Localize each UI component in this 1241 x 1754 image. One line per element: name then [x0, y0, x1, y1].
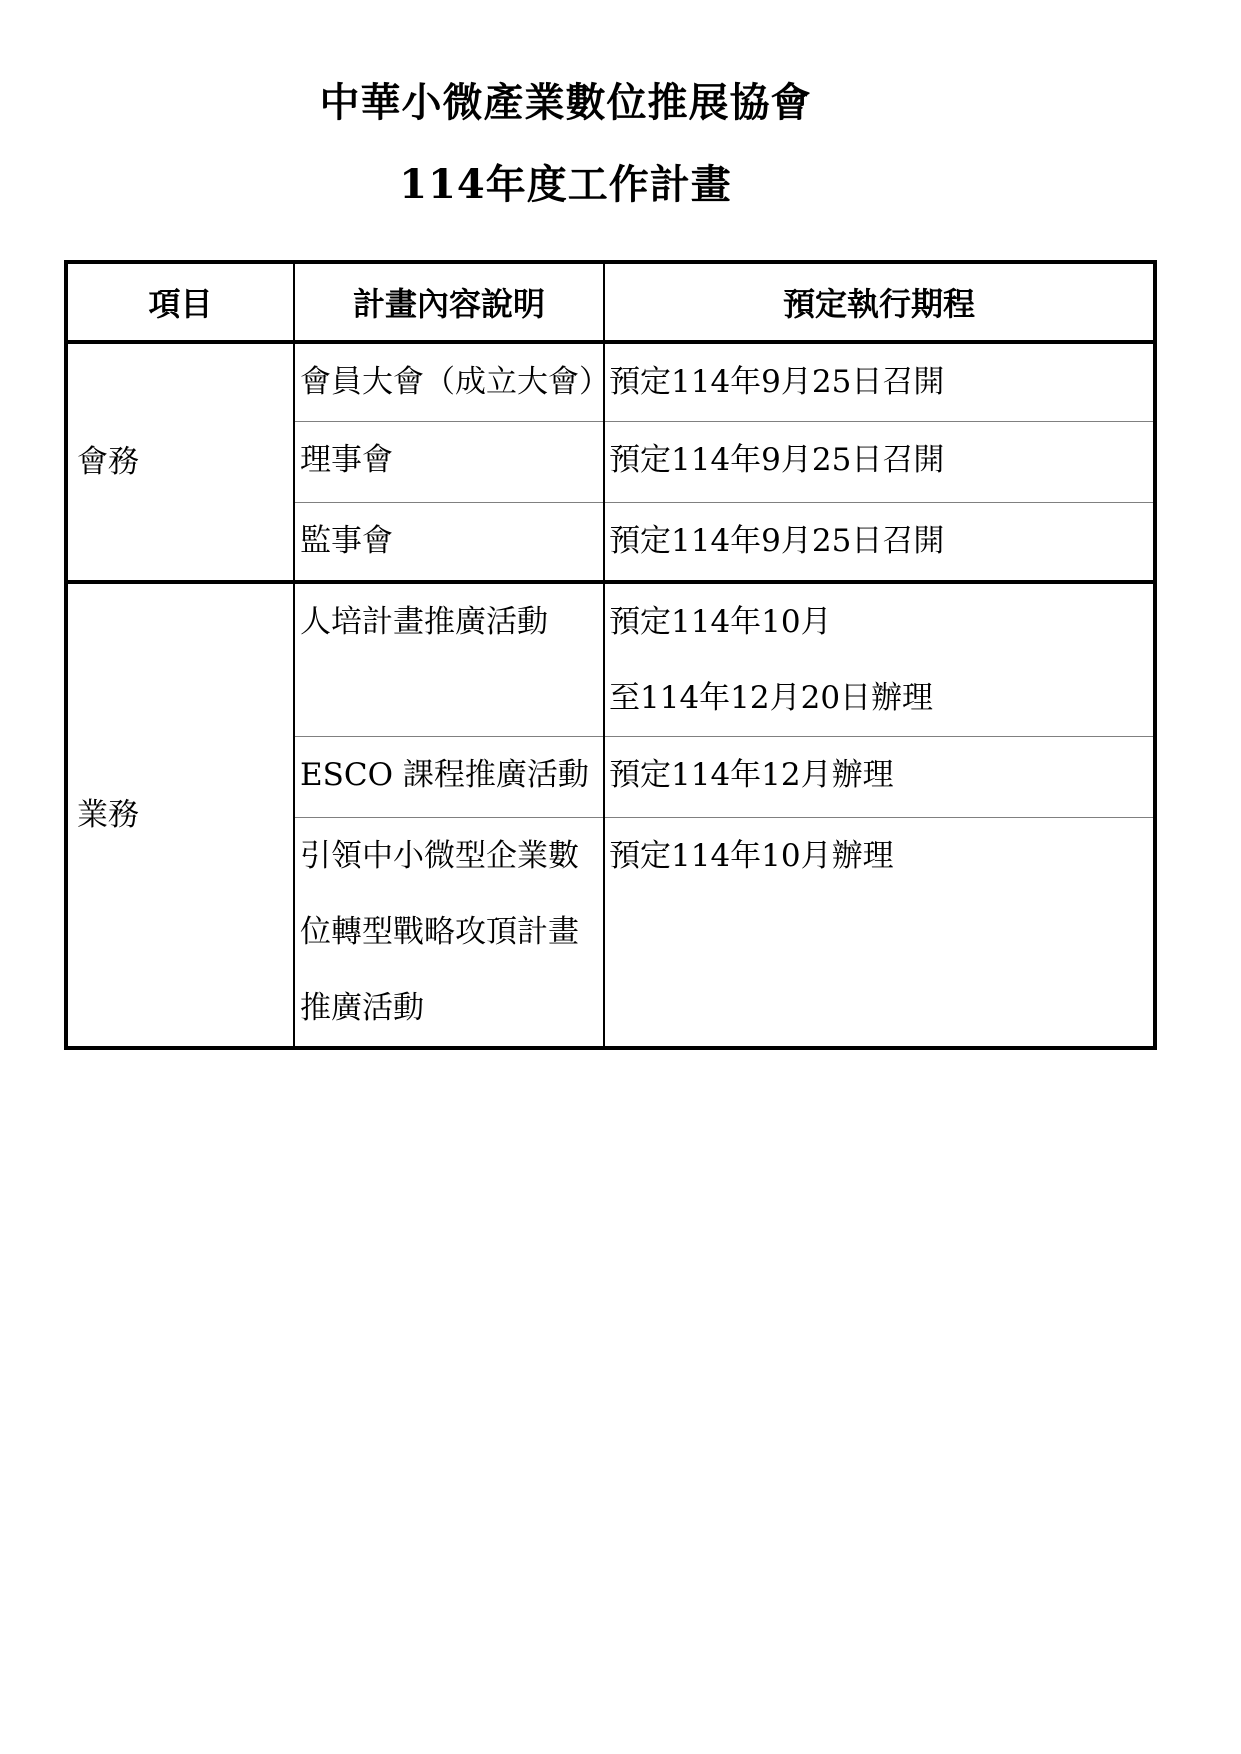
- plan-cell-board-of-supervisors: 監事會: [294, 502, 604, 582]
- plan-cell-board-of-directors: 理事會: [294, 421, 604, 502]
- schedule-cell-digital-transformation: 預定114年10月辦理: [604, 818, 1153, 1047]
- table-row-talent-training: 業務 人培計畫推廣活動 預定114年10月 至114年12月20日辦理: [68, 582, 1153, 737]
- schedule-cell-member-assembly: 預定114年9月25日召開: [604, 342, 1153, 421]
- table-header-row: 項目 計畫內容說明 預定執行期程: [68, 264, 1153, 342]
- schedule-cell-board-of-directors: 預定114年9月25日召開: [604, 421, 1153, 502]
- table-row-member-assembly: 會務 會員大會（成立大會） 預定114年9月25日召開: [68, 342, 1153, 421]
- document-page: { "page": { "title_line1": "中華小微產業數位推展協會…: [0, 0, 1241, 1754]
- column-header-plan-description: 計畫內容說明: [294, 264, 604, 342]
- title-association-name: 中華小微產業數位推展協會: [68, 62, 1063, 144]
- title-annual-work-plan: 114年度工作計畫: [68, 144, 1063, 226]
- plan-cell-esco-course: ESCO 課程推廣活動: [294, 737, 604, 818]
- plan-cell-member-assembly: 會員大會（成立大會）: [294, 342, 604, 421]
- schedule-cell-esco-course: 預定114年12月辦理: [604, 737, 1153, 818]
- plan-cell-digital-transformation: 引領中小微型企業數 位轉型戰略攻頂計畫 推廣活動: [294, 818, 604, 1047]
- column-header-schedule: 預定執行期程: [604, 264, 1153, 342]
- column-header-item: 項目: [68, 264, 294, 342]
- work-plan-table: 項目 計畫內容說明 預定執行期程 會務 會員大會（成立大會） 預定114年9月2…: [64, 260, 1157, 1050]
- document-title: 中華小微產業數位推展協會 114年度工作計畫: [68, 62, 1063, 226]
- schedule-cell-board-of-supervisors: 預定114年9月25日召開: [604, 502, 1153, 582]
- category-cell-business-affairs: 業務: [68, 582, 294, 1046]
- schedule-cell-talent-training: 預定114年10月 至114年12月20日辦理: [604, 582, 1153, 737]
- plan-cell-talent-training: 人培計畫推廣活動: [294, 582, 604, 737]
- category-cell-association-affairs: 會務: [68, 342, 294, 582]
- work-plan-table-grid: 項目 計畫內容說明 預定執行期程 會務 會員大會（成立大會） 預定114年9月2…: [68, 264, 1153, 1046]
